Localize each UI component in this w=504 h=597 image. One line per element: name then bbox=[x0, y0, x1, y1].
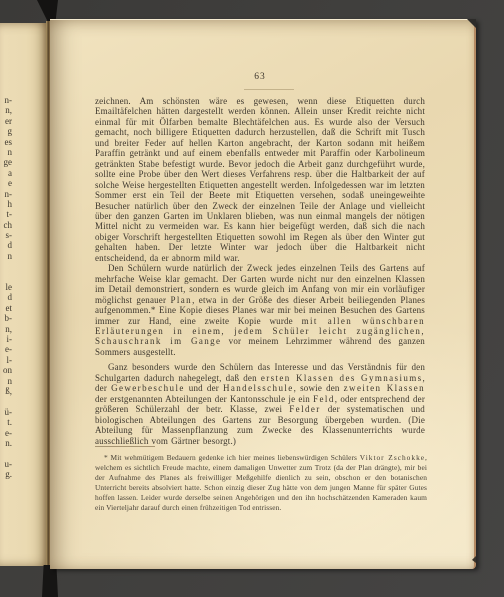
facing-page-fragment: ge bbox=[0, 157, 12, 167]
emphasized-text: ersten Klassen des Gymnasiums bbox=[261, 373, 423, 383]
emphasized-text: zweiten Klassen bbox=[344, 383, 425, 393]
facing-page-fragment: er bbox=[0, 116, 12, 126]
facing-page-fragment: b- bbox=[0, 313, 12, 323]
footnote-paragraph: * Mit wehmütigem Bedauern gedenke ich hi… bbox=[95, 453, 427, 512]
paragraph: zeichnen. Am schönsten wäre es gewesen, … bbox=[95, 96, 425, 263]
page-number-rule bbox=[244, 89, 294, 90]
facing-page-fragment: d bbox=[0, 240, 12, 250]
facing-page-fragment: n. bbox=[0, 438, 12, 448]
facing-page-fragment: et bbox=[0, 303, 12, 313]
facing-page-fragment: es bbox=[0, 137, 12, 147]
book-scan-scene: n-n,ergesngeaen-ht-chs-dnledetb-n,i-e-l-… bbox=[0, 0, 504, 597]
facing-page-fragment: n, bbox=[0, 105, 12, 115]
facing-page-fragment: s- bbox=[0, 230, 12, 240]
facing-page-text-fragments: n-n,ergesngeaen-ht-chs-dnledetb-n,i-e-l-… bbox=[0, 95, 12, 479]
facing-page-fragment bbox=[0, 272, 12, 282]
facing-page-fragment: t- bbox=[0, 209, 12, 219]
facing-page-fragment bbox=[0, 261, 12, 271]
paragraph: Ganz besonders wurde den Schülern das In… bbox=[95, 362, 425, 446]
text-run: * Mit wehmütigem Bedauern gedenke ich hi… bbox=[104, 453, 360, 462]
facing-page-fragment: n- bbox=[0, 189, 12, 199]
facing-page-fragment: ch bbox=[0, 220, 12, 230]
facing-page-fragment: l- bbox=[0, 355, 12, 365]
facing-page-fragment: t. bbox=[0, 417, 12, 427]
facing-page-fragment: g bbox=[0, 126, 12, 136]
text-run: und der bbox=[185, 383, 223, 393]
facing-page-fragment: e- bbox=[0, 428, 12, 438]
page-corner-fold bbox=[467, 19, 476, 28]
page-edge-mark bbox=[472, 556, 476, 563]
emphasized-text: Felder bbox=[289, 404, 320, 414]
binding-gap-bottom bbox=[42, 565, 58, 597]
emphasized-text: Plan bbox=[170, 295, 192, 305]
facing-page-fragment: g. bbox=[0, 469, 12, 479]
text-run: zeichnen. Am schönsten wäre es gewesen, … bbox=[95, 96, 425, 263]
body-text: zeichnen. Am schönsten wäre es gewesen, … bbox=[95, 96, 425, 448]
text-run: , sowie den bbox=[294, 383, 344, 393]
page-number: 63 bbox=[95, 72, 425, 82]
emphasized-text: Handelsschule bbox=[223, 383, 294, 393]
footnote-text: * Mit wehmütigem Bedauern gedenke ich hi… bbox=[95, 453, 427, 519]
book-page: 63 zeichnen. Am schönsten wäre es gewese… bbox=[50, 19, 476, 569]
facing-page-fragment: h bbox=[0, 199, 12, 209]
facing-page-fragment bbox=[0, 448, 12, 458]
emphasized-text: Viktor Zschokke bbox=[360, 453, 425, 462]
facing-page-fragment: n- bbox=[0, 95, 12, 105]
facing-page-fragment bbox=[0, 396, 12, 406]
facing-page-fragment: u- bbox=[0, 459, 12, 469]
facing-page-fragment: ü- bbox=[0, 407, 12, 417]
paragraph: Den Schülern wurde natürlich der Zweck j… bbox=[95, 263, 425, 357]
facing-page-fragment: n bbox=[0, 376, 12, 386]
facing-page-fragment: n bbox=[0, 251, 12, 261]
facing-page-fragment: e- bbox=[0, 344, 12, 354]
facing-page-fragment: n, bbox=[0, 324, 12, 334]
facing-page-fragment: i- bbox=[0, 334, 12, 344]
facing-page-fragment: on bbox=[0, 365, 12, 375]
text-run: der erstgenannten Abteilungen der Kanton… bbox=[95, 394, 313, 404]
emphasized-text: Gewerbeschule bbox=[111, 383, 185, 393]
facing-page-fragment: ß, bbox=[0, 386, 12, 396]
facing-page-fragment: d bbox=[0, 292, 12, 302]
facing-page-fragment: n bbox=[0, 147, 12, 157]
facing-page-fragment: e bbox=[0, 178, 12, 188]
emphasized-text: Feld bbox=[313, 394, 335, 404]
facing-page-fragment: a bbox=[0, 168, 12, 178]
facing-page-sliver: n-n,ergesngeaen-ht-chs-dnledetb-n,i-e-l-… bbox=[0, 23, 47, 566]
facing-page-fragment: le bbox=[0, 282, 12, 292]
footnote-separator bbox=[95, 446, 155, 447]
